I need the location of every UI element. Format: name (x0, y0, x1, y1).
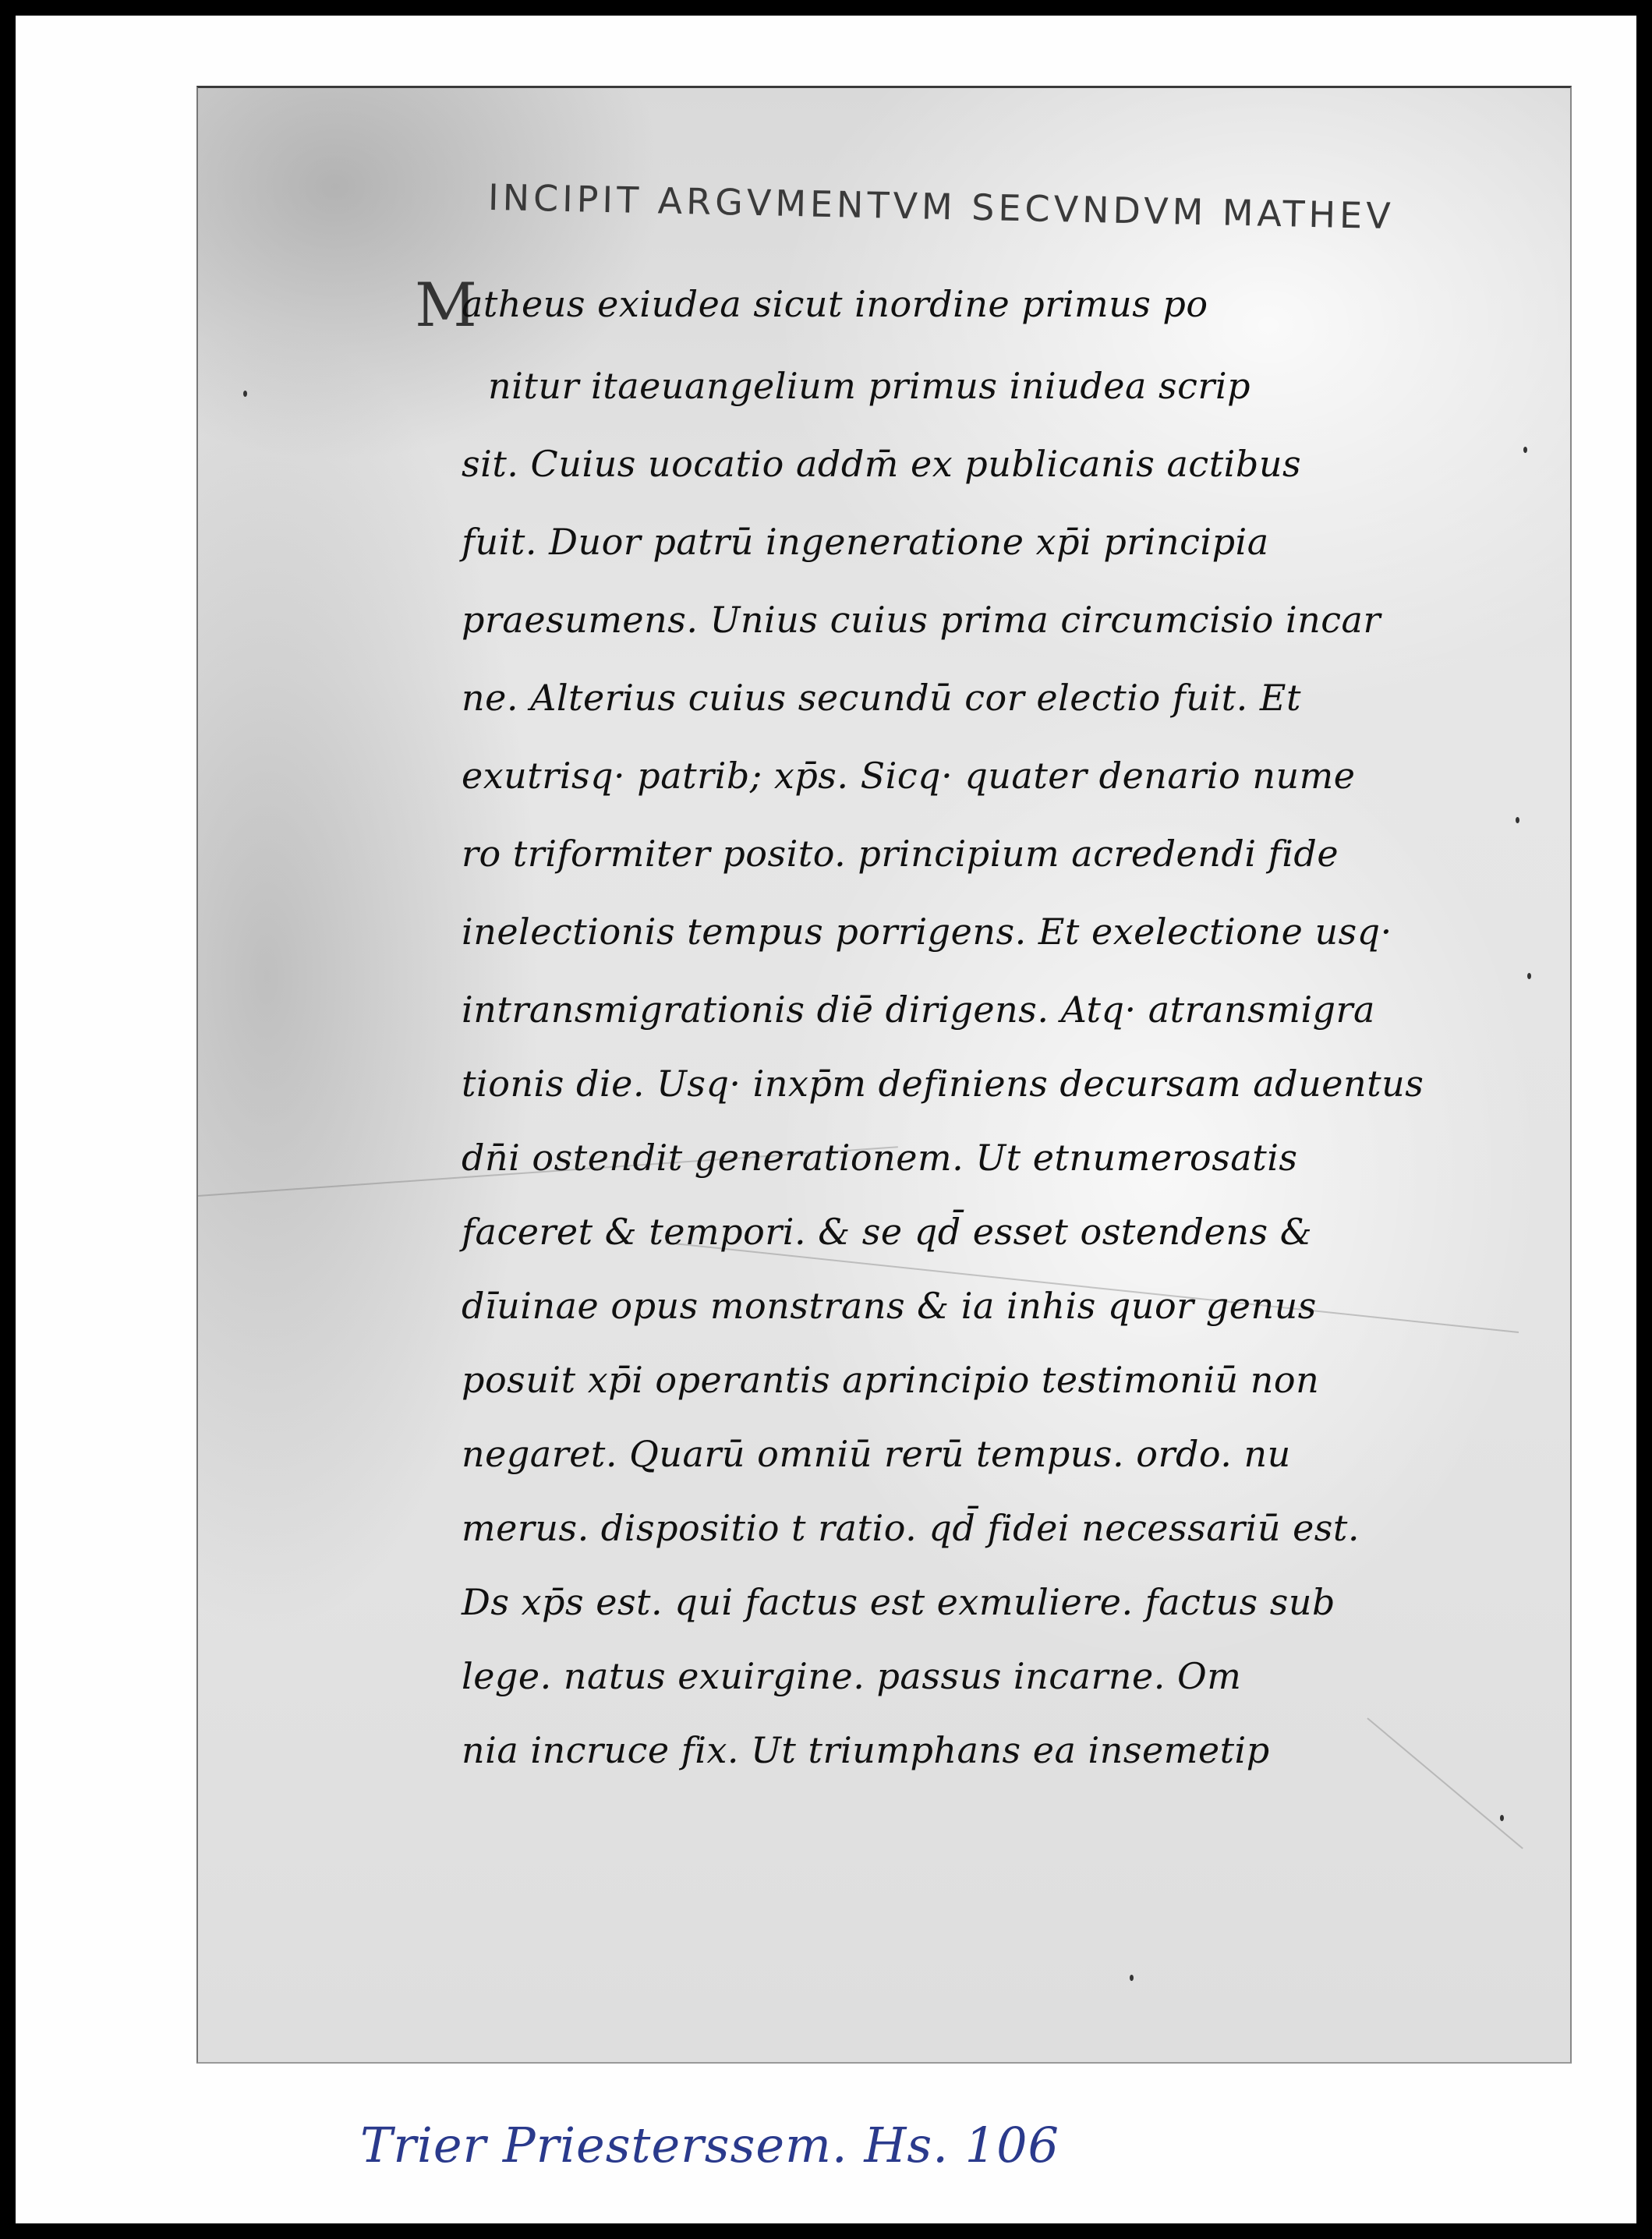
text-line: nia incruce fix. Ut triumphans ea inseme… (462, 1729, 1270, 1771)
text-line: nitur itaeuangelium primus iniudea scrip (488, 365, 1250, 407)
text-line: ro triformiter posito. principium acrede… (462, 833, 1339, 875)
text-line: exutrisq· patrib; xp̄s. Sicq· quater den… (462, 755, 1355, 797)
manuscript-heading: INCIPIT ARGVMENTVM SECVNDVM MATHEV (488, 176, 1396, 237)
text-line: lege. natus exuirgine. passus incarne. O… (462, 1655, 1241, 1697)
text-line: Ds xp̄s est. qui factus est exmuliere. f… (462, 1581, 1335, 1623)
ink-speck (1500, 1815, 1504, 1821)
text-line: dı̄uinae opus monstrans & ia inhis quor … (462, 1285, 1317, 1327)
text-line: merus. dispositio t ratio. qd̄ fidei nec… (462, 1507, 1360, 1549)
ink-speck (1527, 973, 1531, 979)
text-line: praesumens. Unius cuius prima circumcisi… (462, 599, 1381, 641)
ink-speck (1523, 447, 1527, 453)
text-line: faceret & tempori. & se qd̄ esset ostend… (462, 1211, 1312, 1253)
text-line: negaret. Quarū omniū rerū tempus. ordo. … (462, 1433, 1291, 1475)
text-line: ne. Alterius cuius secundū cor electio f… (462, 677, 1301, 719)
text-line: intransmigrationis diē dirigens. Atq· at… (462, 989, 1375, 1031)
manuscript-photo: INCIPIT ARGVMENTVM SECVNDVM MATHEV M ath… (196, 86, 1572, 2064)
ink-speck (1516, 817, 1519, 823)
text-line: atheus exiudea sicut inordine primus po (462, 283, 1208, 325)
parchment-fold (1367, 1717, 1523, 1849)
ink-speck (243, 391, 247, 397)
text-line: posuit xp̄i operantis aprincipio testimo… (462, 1359, 1319, 1401)
text-line: dn̄i ostendit generationem. Ut etnumeros… (462, 1137, 1298, 1179)
text-line: tionis die. Usq· inxp̄m definiens decurs… (462, 1063, 1424, 1105)
text-line: inelectionis tempus porrigens. Et exelec… (462, 911, 1392, 953)
text-line: fuit. Duor patrū ingeneratione xp̄i prin… (462, 521, 1269, 563)
text-line: sit. Cuius uocatio addm̄ ex publicanis a… (462, 443, 1301, 485)
ink-speck (1130, 1975, 1134, 1981)
handwritten-caption: Trier Priesterssem. Hs. 106 (360, 2117, 1059, 2174)
